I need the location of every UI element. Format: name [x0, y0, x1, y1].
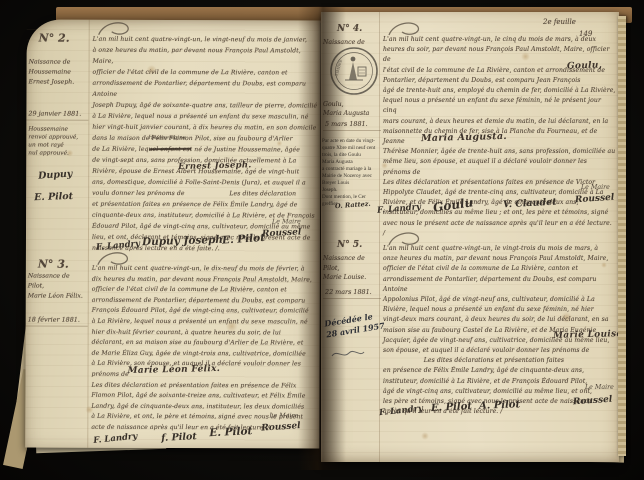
le-maire-label: Le Maire [585, 384, 614, 391]
margin-rule [379, 12, 380, 462]
margin-note-signature: E. Pilot [34, 191, 73, 203]
margin-parent-name: Goulu, Maria Augusta [323, 100, 379, 118]
act-number: N° 4. [337, 24, 362, 34]
child-name-marie-leon-felix: Marie Léon Félix. [127, 364, 220, 376]
margin-date: 5 mars 1881. [323, 120, 381, 131]
scanned-register-photo: N° 2. Naissance de Houssemaine Ernest Jo… [0, 0, 644, 480]
le-maire-label: Le Maire [272, 218, 301, 225]
margin-date: 22 mars 1881. [323, 288, 381, 299]
marriage-mention-stamp: Par acte en date du vingt- quatre Xbre m… [322, 138, 378, 208]
margin-rule [87, 20, 89, 448]
le-maire-label: Le Maire [269, 412, 298, 419]
father-name-goulu: Goulu, [567, 61, 602, 72]
witness-signature: F. Landry [93, 432, 138, 446]
le-maire-label: Le Maire [581, 184, 610, 191]
act-number: N° 5. [337, 240, 362, 250]
mayor-signature: Roussel [262, 227, 302, 239]
age-spot [421, 432, 429, 440]
act-number: N° 2. [39, 32, 70, 45]
margin-title: Naissance de Pilot, Marie Louise. [323, 254, 379, 283]
margin-correction-note: Houssemaine renvoi approuvé, un mot rayé… [28, 125, 86, 157]
interline-correction: Houssemaine [148, 135, 186, 141]
witness-signature: E. Pilot [209, 425, 253, 439]
margin-title: Naissance de Houssemaine Ernest Joseph. [29, 57, 87, 87]
act-number: N° 3. [38, 258, 69, 271]
margin-date: 18 février 1881. [26, 315, 88, 326]
register-left-page: N° 2. Naissance de Houssemaine Ernest Jo… [25, 19, 320, 448]
child-name-ernest-joseph: Ernest Joseph. [178, 160, 252, 172]
witness-signature: A. Pilot [479, 399, 520, 411]
stamp-ring-text: TIMBRE [334, 59, 343, 77]
clerk-signature: O. Rattez. [335, 200, 371, 210]
margin-title: Naissance de Pilot, Marie Léon Félix. [28, 271, 86, 301]
register-right-page: 2e feuille 149 N° 4. Naissance de TIMBRE… [321, 12, 619, 462]
timbre-fiscal-stamp: TIMBRE [329, 46, 379, 96]
margin-note-signature: Dupuy [38, 168, 73, 181]
sheet-number-note: 2e feuille [543, 18, 576, 26]
death-note-paraph [331, 348, 365, 360]
page-stack-edge [618, 16, 626, 456]
declarant-signature: E. Pilot [431, 401, 473, 414]
child-name-maria-augusta: Maria Augusta. [421, 131, 507, 144]
margin-date: 29 janvier 1881. [26, 109, 88, 120]
declarant-signature: Dupuy Joseph [142, 234, 223, 249]
child-name-marie-louise: Marie Louise. [553, 329, 626, 341]
birth-act-text: L'an mil huit cent quatre-vingt-un, le d… [91, 264, 318, 434]
declarant-signature: f. Pilot [161, 431, 197, 444]
death-marginal-note: Décédée le 28 avril 1957 [324, 310, 386, 341]
